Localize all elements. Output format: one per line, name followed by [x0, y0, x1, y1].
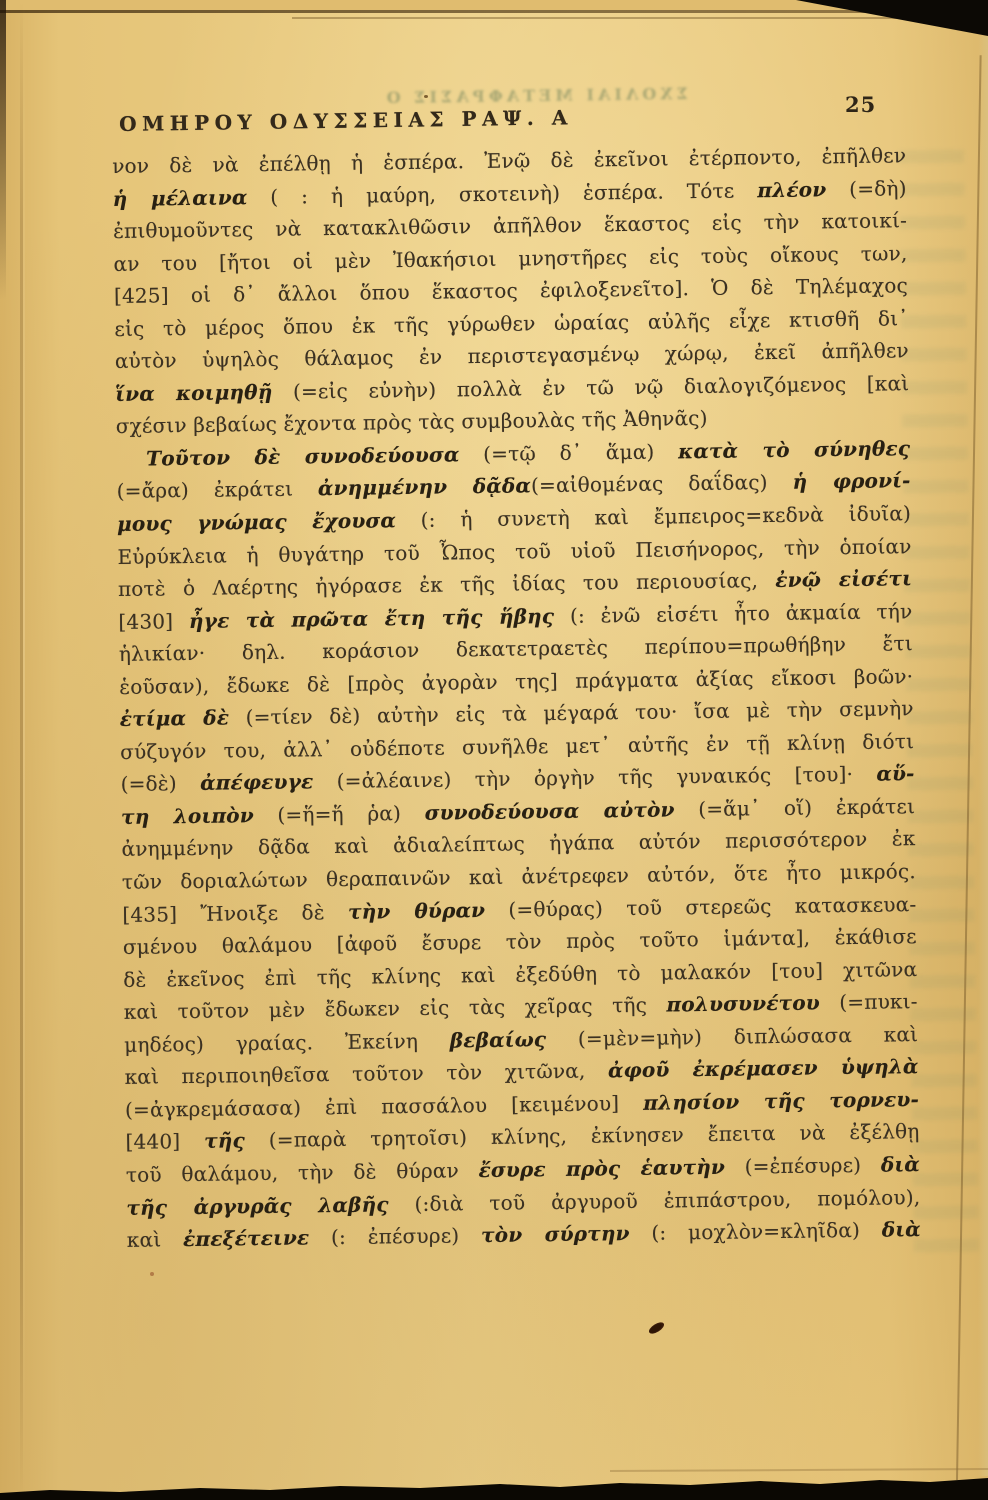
lemma-bold-segment: ἦγε τὰ πρῶτα ἔτη τῆς ἥβης: [189, 604, 555, 633]
page-edge-line-top-2: [292, 17, 988, 19]
lemma-bold-segment: τὴν θύραν: [348, 898, 485, 924]
page-edge-line-top: [0, 10, 988, 13]
lemma-bold-segment: πλέον: [757, 177, 826, 202]
text-segment: (=ἐπέσυρε): [725, 1153, 881, 1179]
lemma-bold-segment: ἡ φρονί-: [792, 469, 910, 495]
text-segment: (=ἅμ᾽ οἵ) ἐκράτει: [674, 794, 915, 821]
scanned-book-page: { "document": { "header": "ΟΜΗΡΟΥ ΟΔΥΣΣΕ…: [0, 0, 988, 1500]
text-segment: [435] Ἤνοιξε δὲ: [122, 899, 348, 926]
lemma-bold-segment: συνοδεύουσα αὐτὸν: [425, 797, 675, 824]
text-segment: (=εἰς εὐνὴν) πολλὰ ἐν τῶ νῷ διαλογιζόμεν…: [272, 371, 909, 404]
text-segment: (=θύρας) τοῦ στερεῶς κατασκευα-: [485, 892, 917, 922]
text-segment: μηδέος) γραίας. Ἐκείνη: [124, 1028, 450, 1056]
text-segment: (=αἰθομένας δαΐδας): [531, 470, 793, 498]
lemma-bold-segment: ἐπεξέτεινε: [183, 1225, 310, 1251]
lemma-bold-segment: ἡ μέλαινα: [112, 185, 247, 211]
lemma-bold-segment: τὸν σύρτην: [481, 1221, 630, 1247]
text-segment: ποτὲ ὁ Λαέρτης ἠγόρασε ἐκ τῆς ἰδίας του …: [118, 568, 776, 601]
lemma-bold-segment: διὰ: [881, 1152, 920, 1177]
lemma-bold-segment: ἵνα κοιμηθῇ: [115, 380, 272, 406]
lemma-bold-segment: ἐτίμα δὲ: [120, 706, 230, 731]
text-segment: καὶ περιποιηθεῖσα τοῦτον τὸν χιτῶνα,: [124, 1059, 608, 1090]
text-segment: καὶ τοῦτον μὲν ἔδωκεν εἰς τὰς χεῖρας τῆς: [124, 993, 667, 1024]
text-segment: (=δὴ): [826, 176, 907, 201]
text-segment: σχέσιν βεβαίως ἔχοντα πρὸς τὰς συμβουλὰς…: [116, 406, 708, 438]
text-segment: (: ἐνῶ εἰσέτι ἦτο ἀκμαία τήν: [554, 599, 912, 628]
lemma-bold-segment: Τοῦτον δὲ συνοδεύουσα: [146, 442, 460, 470]
lemma-bold-segment: μους γνώμας ἔχουσα: [117, 508, 396, 536]
lemma-bold-segment: βεβαίως: [450, 1027, 547, 1052]
lemma-bold-segment: τῆς ἀργυρᾶς λαβῆς: [126, 1192, 389, 1220]
lemma-bold-segment: ἀφοῦ ἐκρέμασεν ὑψηλὰ: [608, 1054, 919, 1082]
text-segment: ( : ἡ μαύρη, σκοτεινὴ) ἑσπέρα. Τότε: [247, 178, 757, 209]
text-segment: καὶ: [127, 1227, 184, 1252]
lemma-bold-segment: πολυσυνέτου: [666, 991, 820, 1017]
text-segment: [430]: [118, 609, 189, 634]
lemma-bold-segment: πλησίον τῆς τορνευ-: [643, 1087, 919, 1115]
lemma-bold-segment: τη λοιπὸν: [121, 803, 254, 829]
text-segment: (=δὲ): [120, 771, 200, 796]
text-segment: (=παρὰ τρητοῖσι) κλίνης, ἐκίνησεν ἔπειτα…: [245, 1120, 920, 1153]
text-segment: (: ἡ συνετὴ καὶ ἔμπειρος=κεδνὰ ἰδυῖα): [396, 501, 911, 532]
text-segment: (=ἥ=ἥ ῥα): [254, 801, 425, 827]
text-segment: (=ἀγκρεμάσασα) ἐπὶ πασσάλου [κειμένου]: [125, 1091, 643, 1122]
text-segment: (=μὲν=μὴν) διπλώσασα καὶ: [546, 1022, 918, 1051]
text-segment: (: μοχλὸν=κληῖδα): [630, 1218, 882, 1245]
paper-speck: [424, 95, 428, 98]
lemma-bold-segment: αὕ-: [876, 762, 914, 787]
binding-crease-highlight: [23, 0, 25, 1500]
text-segment: νον δὲ νὰ ἐπέλθῃ ἡ ἑσπέρα. Ἐνῷ δὲ ἐκεῖνο…: [112, 143, 906, 178]
page-number: 25: [845, 92, 876, 117]
text-segment: (=ἀλέαινε) τὴν ὀργὴν τῆς γυναικός [του]·: [313, 762, 876, 794]
lemma-bold-segment: διὰ: [882, 1217, 921, 1242]
lemma-bold-segment: ἔσυρε πρὸς ἑαυτὴν: [478, 1155, 725, 1182]
text-segment: [440]: [125, 1129, 204, 1154]
scan-shadow-left: [0, 0, 6, 300]
text-segment: (=τῷ δ᾽ ἅμα): [459, 439, 678, 466]
lemma-bold-segment: κατὰ τὸ σύνηθες: [678, 436, 910, 463]
lemma-bold-segment: τῆς: [204, 1129, 245, 1154]
paper-speck: [150, 1272, 154, 1276]
text-segment: (=τίεν δὲ) αὐτὴν εἰς τὰ μέγαρά του· ἴσα …: [229, 696, 914, 729]
text-segment: (:διὰ τοῦ ἀργυροῦ ἐπιπάστρου, πομόλου),: [388, 1185, 920, 1216]
text-block: νον δὲ νὰ ἐπέλθῃ ἡ ἑσπέρα. Ἐνῷ δὲ ἐκεῖνο…: [112, 139, 921, 1256]
text-segment: (=πυκι-: [820, 989, 918, 1014]
text-segment: (=ἄρα) ἐκράτει: [116, 477, 318, 504]
lemma-bold-segment: ἐνῷ εἰσέτι: [775, 566, 912, 592]
lemma-bold-segment: ἀπέφευγε: [200, 770, 314, 796]
text-segment: (: ἐπέσυρε): [309, 1223, 481, 1249]
page-edge-strip-right: [978, 36, 988, 1476]
lemma-bold-segment: ἀνημμένην δᾷδα: [318, 474, 531, 501]
text-segment: τοῦ θαλάμου, τὴν δὲ θύραν: [126, 1158, 479, 1187]
